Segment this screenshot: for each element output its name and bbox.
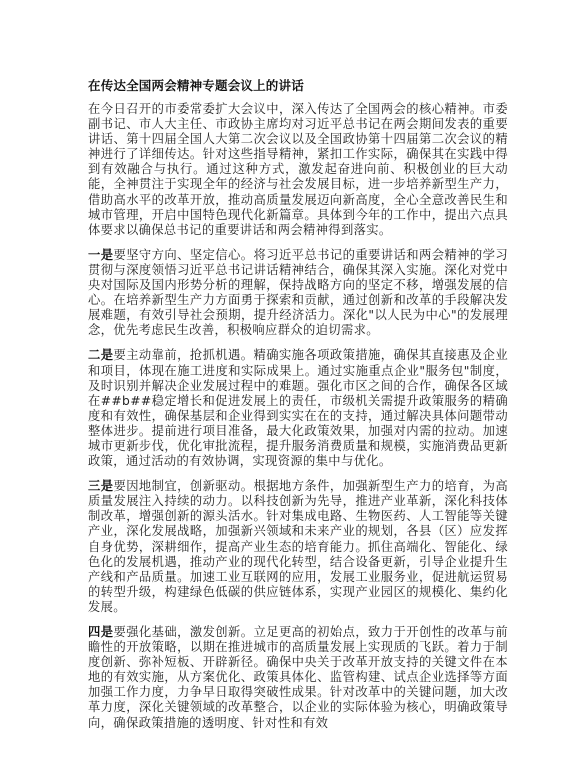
document-title: 在传达全国两会精神专题会议上的讲话 xyxy=(88,78,508,94)
paragraph-lead: 三是 xyxy=(88,479,113,493)
paragraph-text: 要强化基础，激发创新。立足更高的初始点，致力于开创性的改革与前瞻性的开放策略，以… xyxy=(88,625,508,730)
paragraph-point-3: 三是要因地制宜，创新驱动。根据地方条件，加强新型生产力的培育，为高质量发展注入持… xyxy=(88,479,508,615)
paragraph-lead: 四是 xyxy=(88,625,113,639)
paragraph-point-1: 一是要坚守方向、坚定信心。将习近平总书记的重要讲话和两会精神的学习贯彻与深度领悟… xyxy=(88,248,508,339)
paragraph-text: 在今日召开的市委常委扩大会议中，深入传达了全国两会的核心精神。市委副书记、市人大… xyxy=(88,102,508,237)
paragraph-intro: 在今日召开的市委常委扩大会议中，深入传达了全国两会的核心精神。市委副书记、市人大… xyxy=(88,102,508,238)
paragraph-lead: 一是 xyxy=(88,248,113,262)
paragraph-text: 要坚守方向、坚定信心。将习近平总书记的重要讲话和两会精神的学习贯彻与深度领悟习近… xyxy=(88,248,508,337)
document-page: 在传达全国两会精神专题会议上的讲话 在今日召开的市委常委扩大会议中，深入传达了全… xyxy=(88,78,508,741)
paragraph-point-4: 四是要强化基础，激发创新。立足更高的初始点，致力于开创性的改革与前瞻性的开放策略… xyxy=(88,625,508,731)
paragraph-text: 要主动靠前，抢抓机遇。精确实施各项政策措施，确保其直接惠及企业和项目，体现在施工… xyxy=(88,348,508,468)
paragraph-text: 要因地制宜，创新驱动。根据地方条件，加强新型生产力的培育，为高质量发展注入持续的… xyxy=(88,479,508,614)
paragraph-lead: 二是 xyxy=(88,348,113,362)
paragraph-point-2: 二是要主动靠前，抢抓机遇。精确实施各项政策措施，确保其直接惠及企业和项目，体现在… xyxy=(88,348,508,469)
